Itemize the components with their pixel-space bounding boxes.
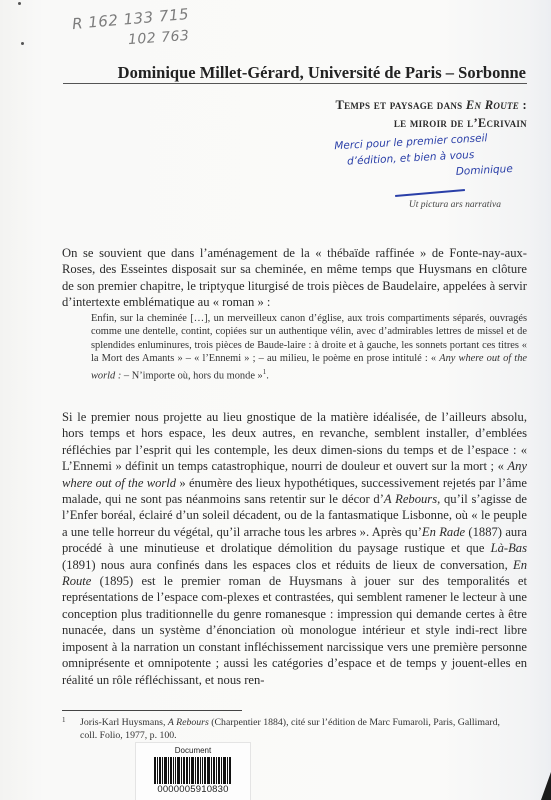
footnote-number: 1 — [62, 714, 66, 727]
footnote-text: Joris-Karl Huysmans, A Rebours (Charpent… — [80, 716, 507, 742]
footnote-text-part: Joris-Karl Huysmans, — [80, 717, 168, 728]
epigraph: Ut pictura ars narrativa — [409, 200, 501, 210]
handwritten-dedication: Merci pour le premier conseil d’édition,… — [334, 128, 536, 186]
footnote-ref[interactable]: 1 — [263, 368, 267, 376]
title-prefix: Temps et paysage dans — [335, 98, 465, 112]
signature-underline — [395, 189, 465, 197]
running-header-author: Dominique Millet-Gérard, Université de P… — [90, 63, 526, 83]
footnote-rule — [62, 710, 242, 711]
document-page: R 162 133 715 102 763 Dominique Millet-G… — [0, 0, 551, 800]
handwritten-reference-number-secondary: 102 763 — [128, 28, 190, 48]
italic-title: En Rade — [422, 525, 465, 539]
footnote: 1 Joris-Karl Huysmans, A Rebours (Charpe… — [62, 716, 507, 742]
scan-speck — [21, 42, 24, 45]
italic-title: Là-Bas — [491, 541, 527, 555]
barcode-label: Document — [136, 746, 250, 755]
paragraph-body: Si le premier nous projette au lieu gnos… — [62, 409, 527, 688]
quote-text-end: N’importe où, hors du monde » — [132, 370, 263, 381]
barcode-sticker: Document 0000005910830 — [135, 742, 251, 800]
footnote-italic-title: A Rebours — [168, 717, 209, 728]
article-title: Temps et paysage dans En Route : le miro… — [335, 96, 527, 132]
body-text: (1891) nous aura confinés dans les espac… — [62, 558, 513, 572]
barcode-icon — [142, 757, 244, 784]
header-rule — [63, 83, 527, 84]
body-text: Si le premier nous projette au lieu gnos… — [62, 410, 527, 473]
title-line-1: Temps et paysage dans En Route : — [335, 96, 527, 114]
body-text: (1895) est le premier roman de Huysmans … — [62, 574, 527, 686]
title-italic-work: En Route — [466, 98, 519, 112]
italic-title: A Rebours — [384, 492, 437, 506]
title-colon: : — [519, 98, 527, 112]
block-quote: Enfin, sur la cheminée […], un merveille… — [91, 312, 527, 383]
barcode-number: 0000005910830 — [136, 784, 250, 796]
scan-speck — [18, 2, 21, 5]
page-corner-shadow — [541, 772, 551, 800]
paragraph-intro: On se souvient que dans l’aménagement de… — [62, 245, 527, 311]
